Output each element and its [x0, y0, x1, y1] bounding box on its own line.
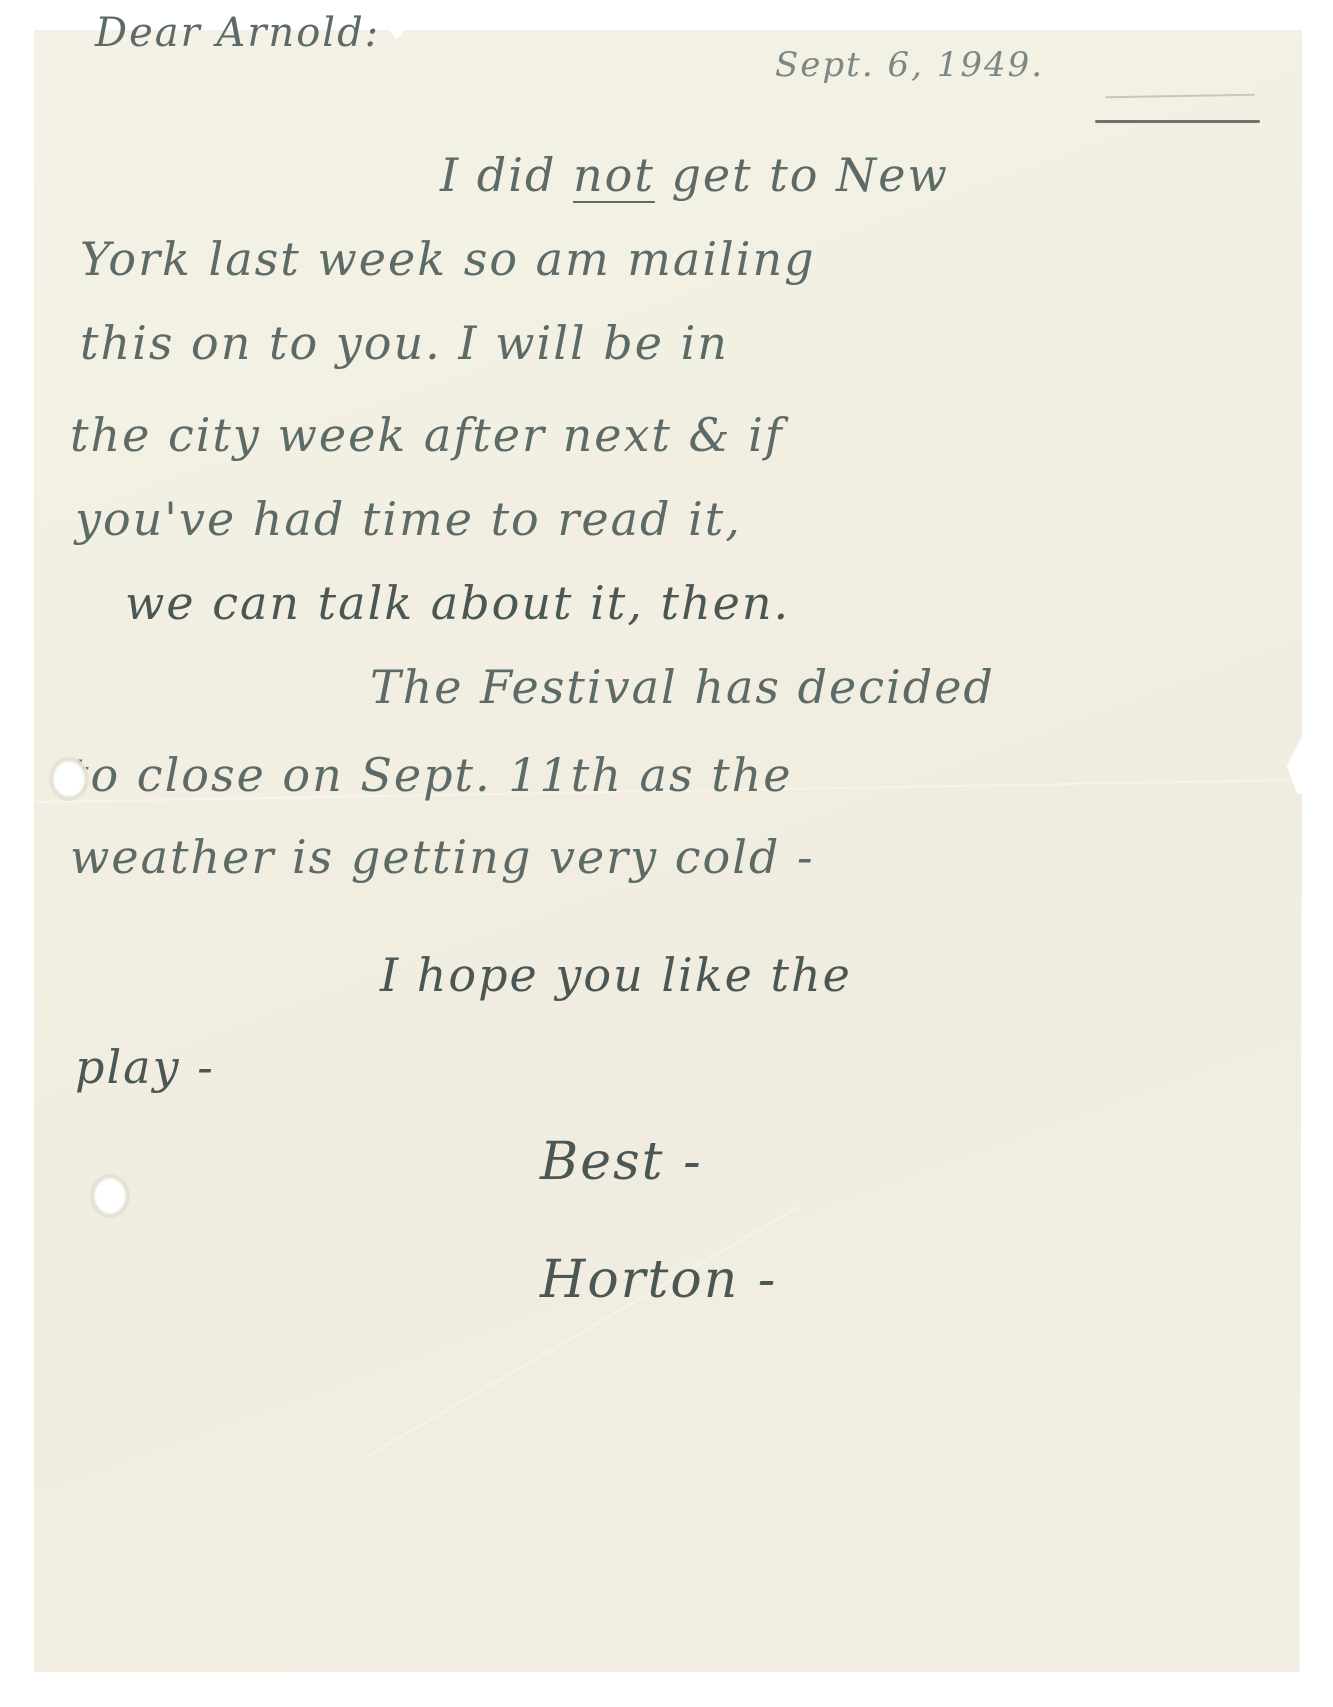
letter-line-7: The Festival has decided	[370, 660, 995, 714]
letter-line-2: York last week so am mailing	[80, 232, 816, 286]
letter-line-4: the city week after next & if	[70, 408, 784, 462]
letter-date: Sept. 6, 1949.	[775, 45, 1044, 85]
letter-line-10: I hope you like the	[380, 948, 852, 1002]
letter-line-3: this on to you. I will be in	[80, 316, 729, 370]
punch-hole	[52, 760, 86, 798]
line-1-text: I did	[440, 148, 573, 202]
letter-line-9: weather is getting very cold -	[70, 830, 815, 884]
signature: Horton -	[540, 1250, 777, 1310]
letter-line-1: I did not get to New	[440, 148, 949, 202]
line-1-text-end: get to New	[655, 148, 949, 202]
pencil-mark	[1095, 120, 1260, 123]
punch-hole	[93, 1177, 127, 1215]
letter-line-5: you've had time to read it,	[75, 492, 742, 546]
letter-line-11: play -	[75, 1040, 215, 1094]
salutation: Dear Arnold:	[95, 10, 380, 56]
letter-line-6: we can talk about it, then.	[125, 576, 790, 630]
letter-line-8: to close on Sept. 11th as the	[70, 748, 793, 802]
emphasized-word: not	[573, 148, 655, 202]
closing: Best -	[540, 1132, 703, 1192]
paper-crease	[367, 1205, 801, 1457]
